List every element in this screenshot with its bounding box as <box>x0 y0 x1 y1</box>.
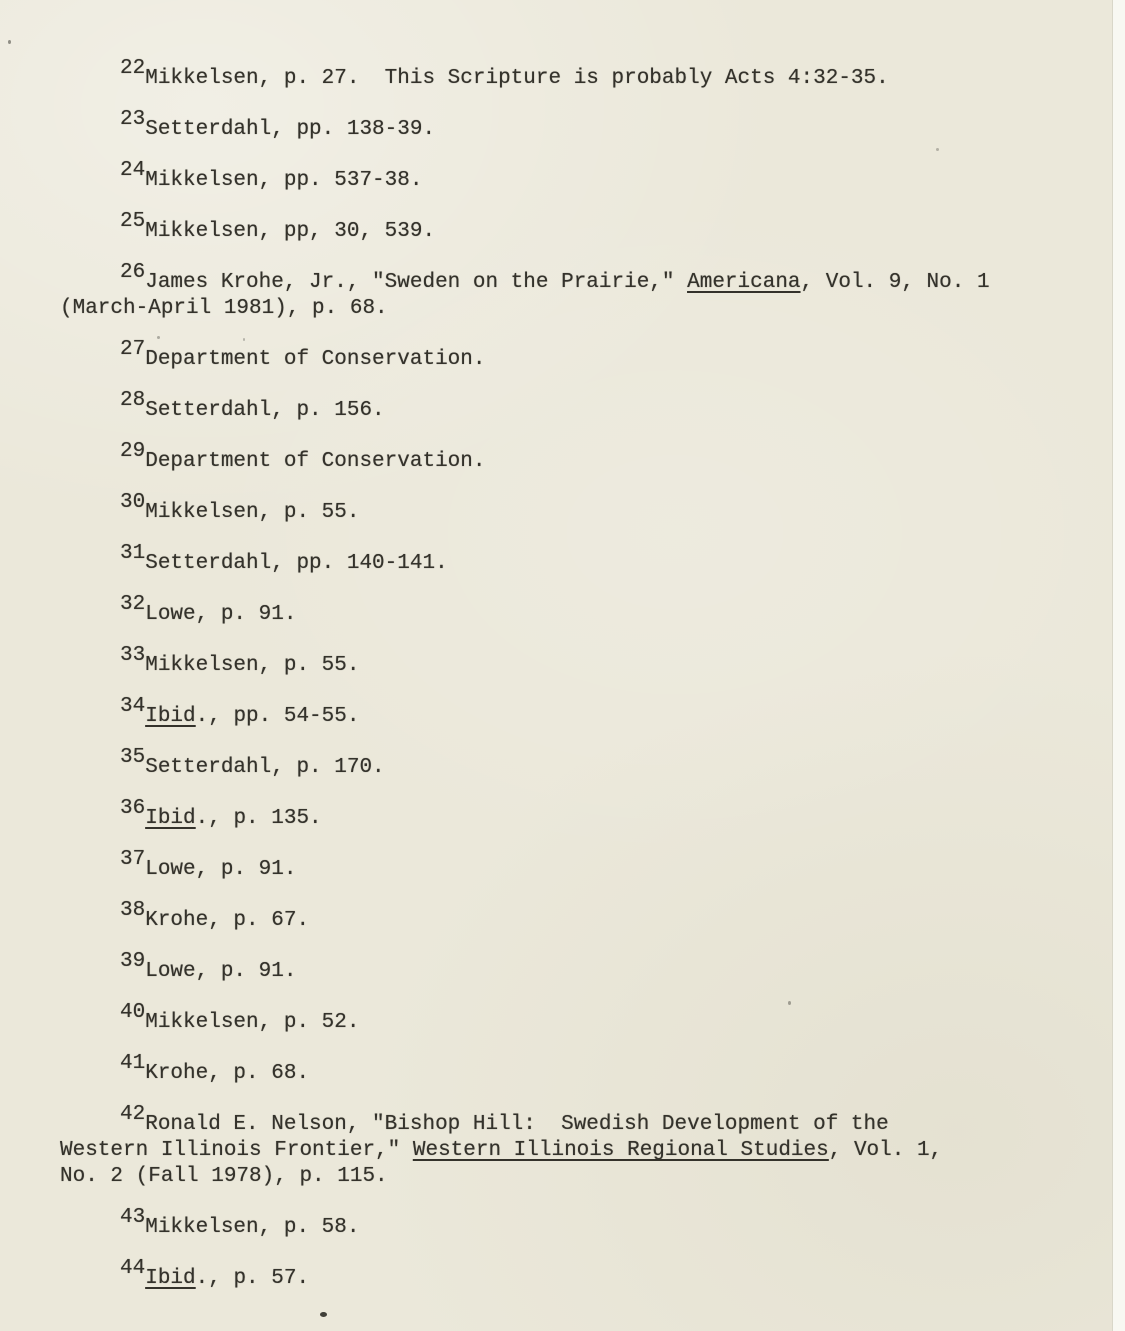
endnote-line: 30Mikkelsen, p. 55. <box>60 500 1070 526</box>
endnote-44: 44Ibid., p. 57. <box>60 1266 1070 1292</box>
endnote-38: 38Krohe, p. 67. <box>60 908 1070 934</box>
document-page: 22Mikkelsen, p. 27. This Scripture is pr… <box>0 0 1125 1331</box>
endnote-line: 41Krohe, p. 68. <box>60 1061 1070 1087</box>
endnote-25: 25Mikkelsen, pp, 30, 539. <box>60 219 1070 245</box>
footnote-number: 37 <box>120 847 145 873</box>
endnote-line: 22Mikkelsen, p. 27. This Scripture is pr… <box>60 66 1070 92</box>
footnote-number: 33 <box>120 643 145 669</box>
endnote-41: 41Krohe, p. 68. <box>60 1061 1070 1087</box>
endnote-42: 42Ronald E. Nelson, "Bishop Hill: Swedis… <box>60 1112 1070 1190</box>
ink-speck <box>243 338 245 341</box>
underlined-title: Western Illinois Regional Studies <box>413 1139 829 1162</box>
endnote-line: 39Lowe, p. 91. <box>60 959 1070 985</box>
endnote-line: 23Setterdahl, pp. 138-39. <box>60 117 1070 143</box>
endnote-line: 36Ibid., p. 135. <box>60 806 1070 832</box>
footnote-number: 42 <box>120 1102 145 1128</box>
note-text: Setterdahl, pp. 138-39. <box>145 118 435 141</box>
ink-speck <box>8 40 11 44</box>
endnote-line: 25Mikkelsen, pp, 30, 539. <box>60 219 1070 245</box>
note-text: ., pp. 54-55. <box>196 705 360 728</box>
note-text: ., p. 135. <box>196 807 322 830</box>
note-text: Mikkelsen, p. 58. <box>145 1216 359 1239</box>
endnote-line: 40Mikkelsen, p. 52. <box>60 1010 1070 1036</box>
endnote-26: 26James Krohe, Jr., "Sweden on the Prair… <box>60 270 1070 322</box>
endnote-24: 24Mikkelsen, pp. 537-38. <box>60 168 1070 194</box>
note-text: ., p. 57. <box>196 1267 309 1290</box>
endnote-28: 28Setterdahl, p. 156. <box>60 398 1070 424</box>
ink-speck <box>320 1312 327 1317</box>
ink-speck <box>157 336 160 339</box>
footnote-number: 32 <box>120 592 145 618</box>
endnote-line: 44Ibid., p. 57. <box>60 1266 1070 1292</box>
note-text: Mikkelsen, p. 55. <box>145 654 359 677</box>
endnote-line: (March-April 1981), p. 68. <box>60 296 1070 322</box>
endnote-line: 24Mikkelsen, pp. 537-38. <box>60 168 1070 194</box>
endnote-23: 23Setterdahl, pp. 138-39. <box>60 117 1070 143</box>
endnote-line: 31Setterdahl, pp. 140-141. <box>60 551 1070 577</box>
endnote-line: No. 2 (Fall 1978), p. 115. <box>60 1164 1070 1190</box>
footnote-number: 26 <box>120 260 145 286</box>
footnote-number: 24 <box>120 158 145 184</box>
note-text: Mikkelsen, pp. 537-38. <box>145 169 422 192</box>
endnote-37: 37Lowe, p. 91. <box>60 857 1070 883</box>
note-text: (March-April 1981), p. 68. <box>60 297 388 320</box>
endnote-line: 32Lowe, p. 91. <box>60 602 1070 628</box>
footnote-number: 34 <box>120 694 145 720</box>
endnote-line: 42Ronald E. Nelson, "Bishop Hill: Swedis… <box>60 1112 1070 1138</box>
note-text: Lowe, p. 91. <box>145 603 296 626</box>
endnote-line: 28Setterdahl, p. 156. <box>60 398 1070 424</box>
endnote-34: 34Ibid., pp. 54-55. <box>60 704 1070 730</box>
endnote-line: 27Department of Conservation. <box>60 347 1070 373</box>
footnote-number: 40 <box>120 1000 145 1026</box>
footnote-number: 27 <box>120 337 145 363</box>
endnote-36: 36Ibid., p. 135. <box>60 806 1070 832</box>
footnote-number: 25 <box>120 209 145 235</box>
footnote-number: 30 <box>120 490 145 516</box>
footnote-number: 31 <box>120 541 145 567</box>
ink-speck <box>936 148 939 151</box>
note-text: Department of Conservation. <box>145 348 485 371</box>
endnote-32: 32Lowe, p. 91. <box>60 602 1070 628</box>
underlined-title: Ibid <box>145 1267 195 1290</box>
note-text: Setterdahl, pp. 140-141. <box>145 552 447 575</box>
footnote-number: 43 <box>120 1205 145 1231</box>
endnote-line: 37Lowe, p. 91. <box>60 857 1070 883</box>
footnote-number: 35 <box>120 745 145 771</box>
note-text: Mikkelsen, p. 52. <box>145 1011 359 1034</box>
endnote-line: 43Mikkelsen, p. 58. <box>60 1215 1070 1241</box>
underlined-title: Americana <box>687 271 800 294</box>
footnote-number: 39 <box>120 949 145 975</box>
endnotes-list: 22Mikkelsen, p. 27. This Scripture is pr… <box>60 66 1070 1317</box>
endnote-line: 26James Krohe, Jr., "Sweden on the Prair… <box>60 270 1070 296</box>
note-text: Mikkelsen, p. 55. <box>145 501 359 524</box>
endnote-29: 29Department of Conservation. <box>60 449 1070 475</box>
note-text: Setterdahl, p. 156. <box>145 399 384 422</box>
footnote-number: 23 <box>120 107 145 133</box>
ink-speck <box>788 1001 791 1005</box>
note-text: , Vol. 9, No. 1 <box>801 271 990 294</box>
note-text: Department of Conservation. <box>145 450 485 473</box>
footnote-number: 28 <box>120 388 145 414</box>
note-text: , Vol. 1, <box>829 1139 942 1162</box>
endnote-39: 39Lowe, p. 91. <box>60 959 1070 985</box>
footnote-number: 36 <box>120 796 145 822</box>
endnote-line: 34Ibid., pp. 54-55. <box>60 704 1070 730</box>
note-text: Lowe, p. 91. <box>145 960 296 983</box>
footnote-number: 22 <box>120 56 145 82</box>
endnote-line: 33Mikkelsen, p. 55. <box>60 653 1070 679</box>
endnote-22: 22Mikkelsen, p. 27. This Scripture is pr… <box>60 66 1070 92</box>
note-text: Krohe, p. 67. <box>145 909 309 932</box>
note-text: Mikkelsen, p. 27. This Scripture is prob… <box>145 67 889 90</box>
endnote-30: 30Mikkelsen, p. 55. <box>60 500 1070 526</box>
footnote-number: 29 <box>120 439 145 465</box>
note-text: James Krohe, Jr., "Sweden on the Prairie… <box>145 271 687 294</box>
scan-edge <box>1112 0 1125 1331</box>
footnote-number: 38 <box>120 898 145 924</box>
footnote-number: 44 <box>120 1256 145 1282</box>
endnote-line: 38Krohe, p. 67. <box>60 908 1070 934</box>
note-text: Krohe, p. 68. <box>145 1062 309 1085</box>
note-text: Ronald E. Nelson, "Bishop Hill: Swedish … <box>145 1113 889 1136</box>
endnote-27: 27Department of Conservation. <box>60 347 1070 373</box>
underlined-title: Ibid <box>145 807 195 830</box>
note-text: Setterdahl, p. 170. <box>145 756 384 779</box>
endnote-40: 40Mikkelsen, p. 52. <box>60 1010 1070 1036</box>
endnote-line: 35Setterdahl, p. 170. <box>60 755 1070 781</box>
note-text: Western Illinois Frontier," <box>60 1139 413 1162</box>
endnote-line: 29Department of Conservation. <box>60 449 1070 475</box>
note-text: Lowe, p. 91. <box>145 858 296 881</box>
note-text: Mikkelsen, pp, 30, 539. <box>145 220 435 243</box>
endnote-35: 35Setterdahl, p. 170. <box>60 755 1070 781</box>
endnote-33: 33Mikkelsen, p. 55. <box>60 653 1070 679</box>
underlined-title: Ibid <box>145 705 195 728</box>
endnote-31: 31Setterdahl, pp. 140-141. <box>60 551 1070 577</box>
footnote-number: 41 <box>120 1051 145 1077</box>
endnote-line: Western Illinois Frontier," Western Illi… <box>60 1138 1070 1164</box>
endnote-43: 43Mikkelsen, p. 58. <box>60 1215 1070 1241</box>
note-text: No. 2 (Fall 1978), p. 115. <box>60 1165 388 1188</box>
